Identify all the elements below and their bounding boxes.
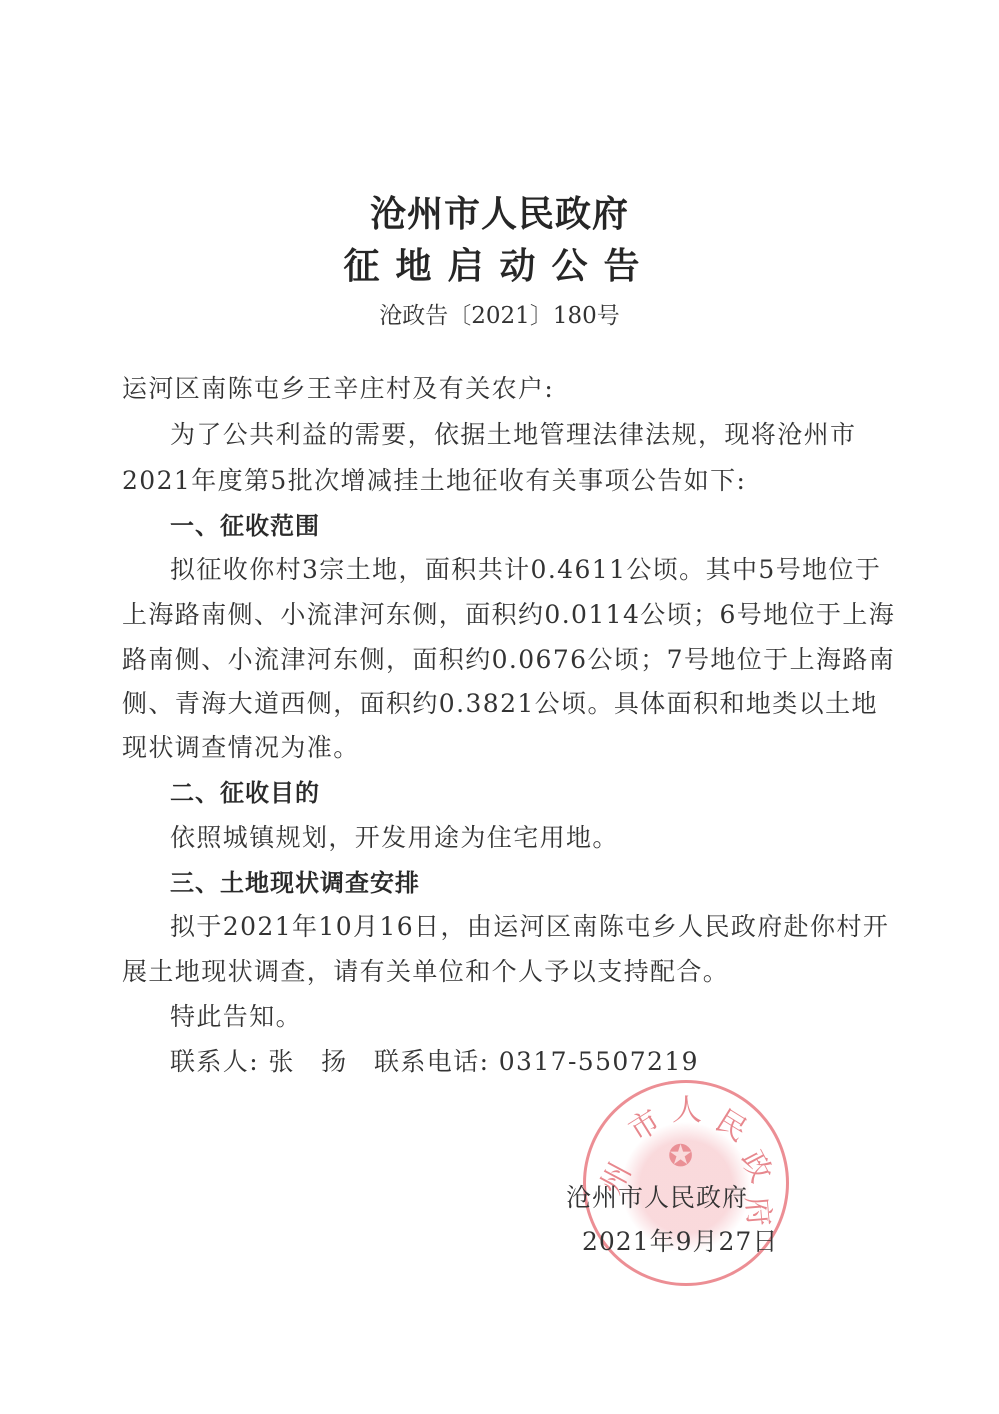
section-3-line-2: 展土地现状调查，请有关单位和个人予以支持配合。 bbox=[122, 952, 729, 988]
seal-emblem-icon: ✪ bbox=[668, 1139, 693, 1174]
intro-line-2: 2021年度第5批次增减挂土地征收有关事项公告如下: bbox=[122, 461, 746, 497]
section-1-line-2: 上海路南侧、小流津河东侧，面积约0.0114公顷；6号地位于上海 bbox=[122, 595, 895, 631]
seal-char: 人 bbox=[672, 1085, 702, 1129]
section-1-heading: 一、征收范围 bbox=[170, 506, 320, 541]
seal-char: 市 bbox=[619, 1096, 668, 1149]
section-2-line-1: 依照城镇规划，开发用途为住宅用地。 bbox=[170, 818, 619, 854]
addressee: 运河区南陈屯乡王辛庄村及有关农户: bbox=[122, 369, 554, 405]
document-number: 沧政告〔2021〕180号 bbox=[0, 297, 999, 330]
closing-text: 特此告知。 bbox=[170, 997, 302, 1033]
signature-date: 2021年9月27日 bbox=[582, 1222, 778, 1258]
signature-issuer: 沧州市人民政府 bbox=[566, 1178, 748, 1214]
section-3-heading: 三、土地现状调查安排 bbox=[170, 863, 420, 898]
issuer-heading: 沧州市人民政府 bbox=[0, 186, 999, 237]
notice-title: 征地启动公告 bbox=[0, 238, 999, 289]
section-1-line-5: 现状调查情况为准。 bbox=[122, 728, 360, 764]
section-1-line-1: 拟征收你村3宗土地，面积共计0.4611公顷。其中5号地位于 bbox=[170, 550, 881, 586]
intro-line-1: 为了公共利益的需要，依据土地管理法律法规，现将沧州市 bbox=[170, 415, 856, 451]
section-2-heading: 二、征收目的 bbox=[170, 773, 320, 808]
section-3-line-1: 拟于2021年10月16日，由运河区南陈屯乡人民政府赴你村开 bbox=[170, 907, 889, 943]
section-1-line-4: 侧、青海大道西侧，面积约0.3821公顷。具体面积和地类以土地 bbox=[122, 684, 878, 720]
section-1-line-3: 路南侧、小流津河东侧，面积约0.0676公顷；7号地位于上海路南 bbox=[122, 640, 895, 676]
seal-char: 民 bbox=[709, 1096, 758, 1149]
contact-info: 联系人: 张 扬 联系电话: 0317-5507219 bbox=[170, 1042, 699, 1078]
